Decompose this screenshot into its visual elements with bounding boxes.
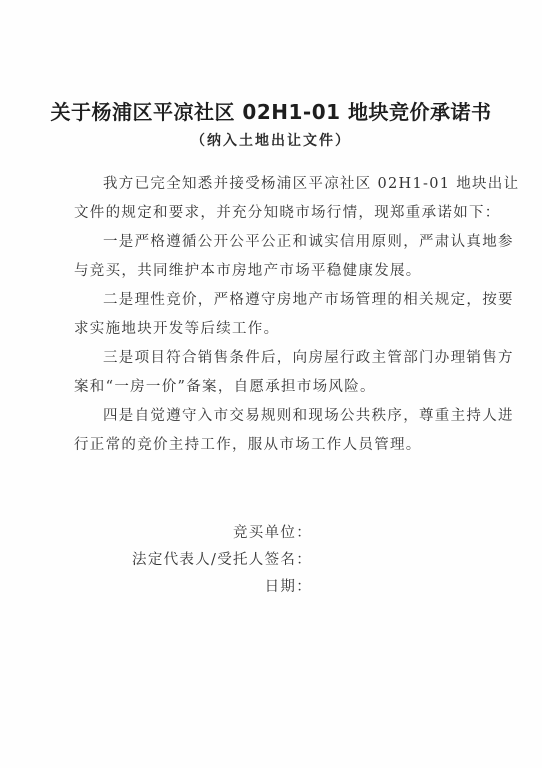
pledge-3-line-2: 案和“一房一价”备案，自愿承担市场风险。 — [74, 379, 478, 396]
document-title: 关于杨浦区平凉社区 02H1-01 地块竞价承诺书 — [0, 96, 542, 125]
document-page: 关于杨浦区平凉社区 02H1-01 地块竞价承诺书 （纳入土地出让文件） 我方已… — [0, 0, 542, 768]
intro-line-1: 我方已完全知悉并接受杨浦区平凉社区 02H1-01 地块出让 — [103, 176, 478, 193]
pledge-1-line-2: 与竞买，共同维护本市房地产市场平稳健康发展。 — [74, 263, 478, 280]
intro-line-2: 文件的规定和要求，并充分知晓市场行情，现郑重承诺如下： — [74, 205, 478, 222]
pledge-3-line-1: 三是项目符合销售条件后，向房屋行政主管部门办理销售方 — [103, 350, 478, 367]
representative-signature-label: 法定代表人/受托人签名： — [132, 548, 312, 569]
pledge-1-line-1: 一是严格遵循公开公平公正和诚实信用原则，严肃认真地参 — [103, 234, 478, 251]
pledge-2-line-2: 求实施地块开发等后续工作。 — [74, 321, 478, 338]
bidder-label: 竞买单位： — [233, 521, 312, 542]
pledge-4-line-2: 行正常的竞价主持工作，服从市场工作人员管理。 — [74, 437, 478, 454]
document-subtitle: （纳入土地出让文件） — [0, 130, 542, 150]
date-label: 日期： — [265, 575, 312, 596]
pledge-4-line-1: 四是自觉遵守入市交易规则和现场公共秩序，尊重主持人进 — [103, 408, 478, 425]
pledge-2-line-1: 二是理性竞价，严格遵守房地产市场管理的相关规定，按要 — [103, 292, 478, 309]
